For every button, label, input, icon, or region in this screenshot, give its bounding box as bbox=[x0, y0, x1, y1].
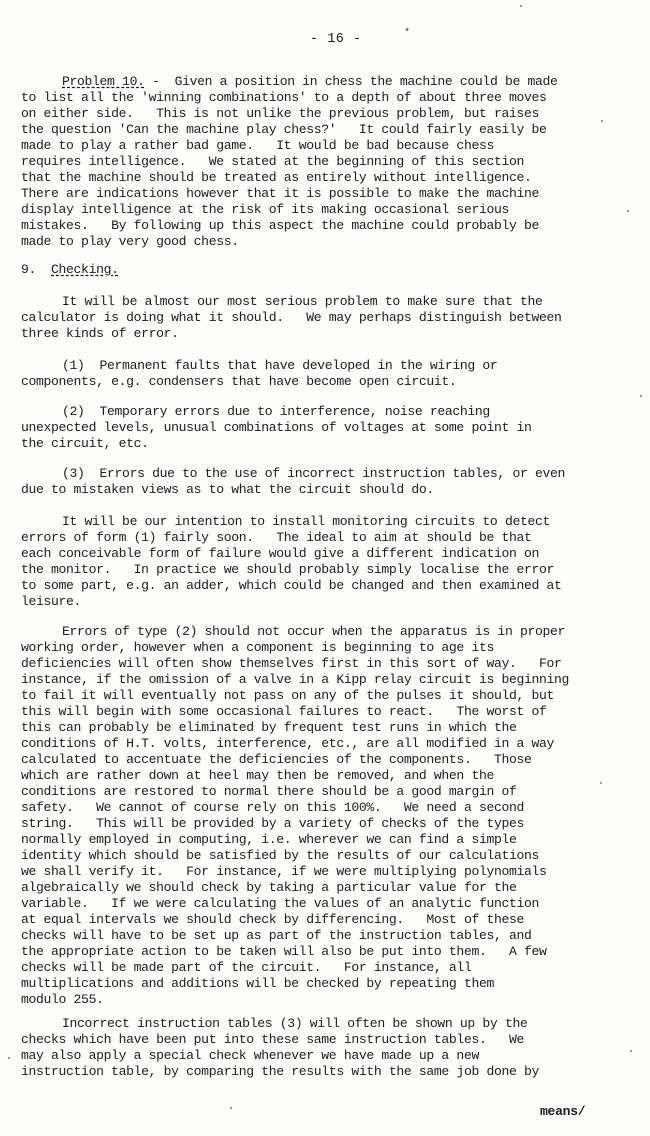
paragraph-line: It will be our intention to install moni… bbox=[62, 514, 550, 530]
paragraph-line: to list all the 'winning combinations' t… bbox=[21, 90, 547, 106]
paragraph-line: modulo 255. bbox=[21, 992, 104, 1008]
paragraph-line: display intelligence at the risk of its … bbox=[21, 202, 509, 218]
scan-speck bbox=[8, 1057, 10, 1059]
paragraph-line: on either side. This is not unlike the p… bbox=[21, 106, 539, 122]
paragraph-line: the question 'Can the machine play chess… bbox=[21, 122, 547, 138]
scan-speck bbox=[630, 1050, 632, 1052]
problem-label: Problem 10. bbox=[62, 74, 145, 89]
paragraph-line: mistakes. By following up this aspect th… bbox=[21, 218, 539, 234]
paragraph-line: (3) Errors due to the use of incorrect i… bbox=[62, 466, 565, 482]
paragraph-line: conditions of H.T. volts, interference, … bbox=[21, 736, 554, 752]
scan-speck bbox=[230, 1107, 232, 1109]
paragraph-line: that the machine should be treated as en… bbox=[21, 170, 532, 186]
paragraph-line: which are rather down at heel may then b… bbox=[21, 768, 494, 784]
paragraph-line: the circuit, etc. bbox=[21, 436, 149, 452]
scan-speck bbox=[640, 395, 642, 397]
paragraph-line: we shall verify it. For instance, if we … bbox=[21, 864, 547, 880]
paragraph-line: There are indications however that it is… bbox=[21, 186, 539, 202]
paragraph-line: leisure. bbox=[21, 594, 81, 610]
paragraph-line: algebraically we should check by taking … bbox=[21, 880, 517, 896]
paragraph-line: It will be almost our most serious probl… bbox=[62, 294, 542, 310]
paragraph-line: instance, if the omission of a valve in … bbox=[21, 672, 569, 688]
paragraph-line: normally employed in computing, i.e. whe… bbox=[21, 832, 517, 848]
paragraph-line: the monitor. In practice we should proba… bbox=[21, 562, 554, 578]
paragraph-line: Problem 10. - Given a position in chess … bbox=[62, 74, 558, 90]
paragraph-line: multiplications and additions will be ch… bbox=[21, 976, 494, 992]
scan-speck bbox=[627, 210, 629, 212]
paragraph-line: working order, however when a component … bbox=[21, 640, 494, 656]
paragraph-line: checks will have to be set up as part of… bbox=[21, 928, 532, 944]
paragraph-line: checks which have been put into these sa… bbox=[21, 1032, 524, 1048]
paragraph-line: calculated to accentuate the deficiencie… bbox=[21, 752, 532, 768]
paragraph-line: safety. We cannot of course rely on this… bbox=[21, 800, 524, 816]
paragraph-line: unexpected levels, unusual combinations … bbox=[21, 420, 532, 436]
paragraph-line: checks will be made part of the circuit.… bbox=[21, 960, 471, 976]
paragraph-line: this will begin with some occasional fai… bbox=[21, 704, 547, 720]
paragraph-line: string. This will be provided by a varie… bbox=[21, 816, 524, 832]
paragraph-line: requires intelligence. We stated at the … bbox=[21, 154, 524, 170]
scan-speck bbox=[600, 782, 602, 784]
paragraph-line: each conceivable form of failure would g… bbox=[21, 546, 539, 562]
paragraph-line: Incorrect instruction tables (3) will of… bbox=[62, 1016, 527, 1032]
paragraph-line: conditions are restored to normal there … bbox=[21, 784, 517, 800]
corner-mark: * bbox=[404, 28, 410, 39]
paragraph-line: instruction table, by comparing the resu… bbox=[21, 1064, 539, 1080]
paragraph-line: made to play very good chess. bbox=[21, 234, 239, 250]
paragraph-line: deficiencies will often show themselves … bbox=[21, 656, 562, 672]
paragraph-line: at equal intervals we should check by di… bbox=[21, 912, 524, 928]
paragraph-line: due to mistaken views as to what the cir… bbox=[21, 482, 434, 498]
page-number: - 16 - bbox=[310, 32, 362, 47]
document-page: - 16 - * Problem 10. - Given a position … bbox=[0, 0, 650, 1136]
paragraph-line: calculator is doing what it should. We m… bbox=[21, 310, 562, 326]
section-heading: 9. Checking. bbox=[21, 262, 119, 278]
paragraph-line: identity which should be satisfied by th… bbox=[21, 848, 539, 864]
paragraph-line: (2) Temporary errors due to interference… bbox=[62, 404, 490, 420]
paragraph-line: (1) Permanent faults that have developed… bbox=[62, 358, 497, 374]
paragraph-line: to fail it will eventually not pass on a… bbox=[21, 688, 554, 704]
paragraph-line: to some part, e.g. an adder, which could… bbox=[21, 578, 562, 594]
paragraph-line: made to play a rather bad game. It would… bbox=[21, 138, 494, 154]
paragraph-line: errors of form (1) fairly soon. The idea… bbox=[21, 530, 532, 546]
catchword: means/ bbox=[540, 1104, 585, 1120]
paragraph-line: may also apply a special check whenever … bbox=[21, 1048, 479, 1064]
scan-speck bbox=[520, 5, 522, 7]
section-title: Checking. bbox=[51, 262, 119, 277]
paragraph-line: the appropriate action to be taken will … bbox=[21, 944, 547, 960]
paragraph-line: this can probably be eliminated by frequ… bbox=[21, 720, 517, 736]
paragraph-line: Errors of type (2) should not occur when… bbox=[62, 624, 565, 640]
scan-speck bbox=[601, 120, 603, 122]
paragraph-line: components, e.g. condensers that have be… bbox=[21, 374, 456, 390]
section-number: 9. bbox=[21, 262, 36, 277]
paragraph-line: variable. If we were calculating the val… bbox=[21, 896, 539, 912]
paragraph-line: three kinds of error. bbox=[21, 326, 179, 342]
